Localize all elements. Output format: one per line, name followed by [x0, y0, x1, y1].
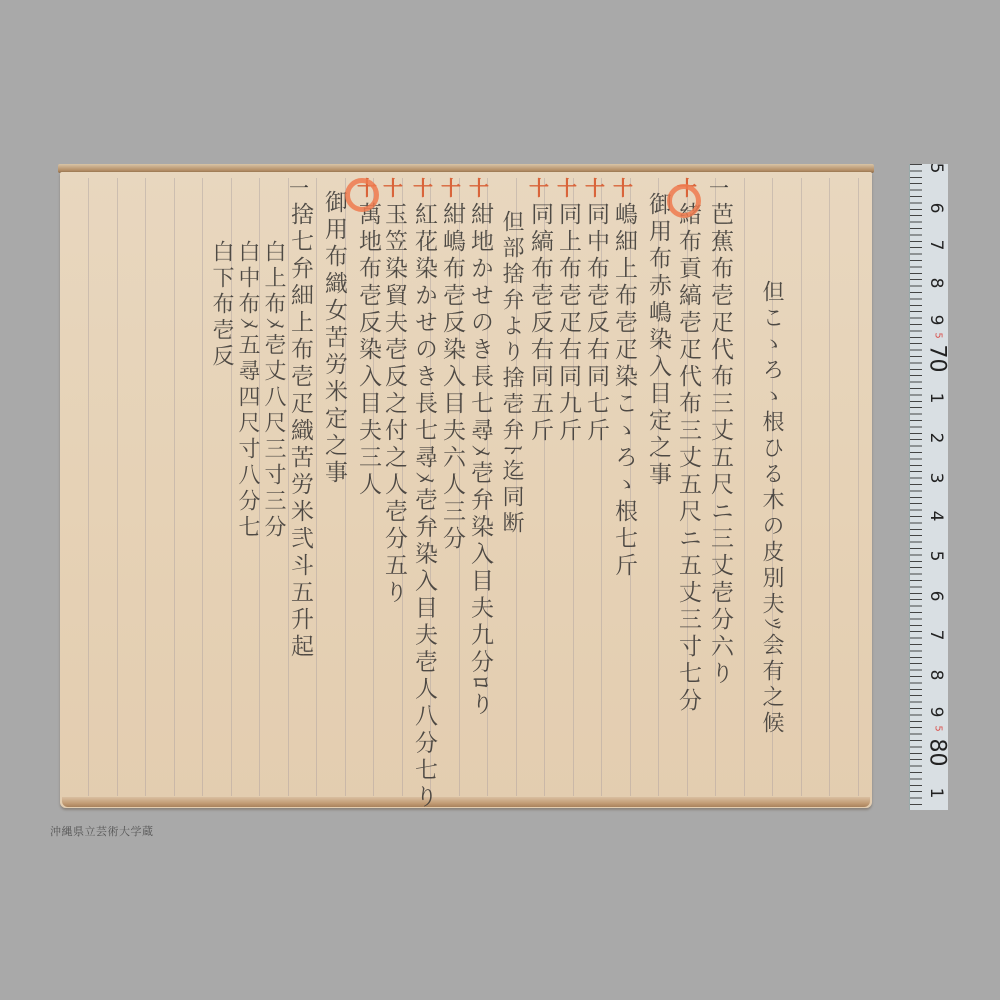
ruled-line — [174, 178, 175, 796]
red-tick-mark: 十 — [413, 178, 433, 198]
red-tick-mark: 十 — [383, 178, 403, 198]
red-circle-mark — [667, 184, 701, 218]
text-column: 御用布赤嶋染入目定之事 — [646, 192, 669, 489]
text-column: 捨七弁細上布壱疋織苦労米弐斗五升起 — [288, 202, 311, 661]
text-column: 嶋細上布壱疋染こゝろゝ根七斤 — [612, 202, 635, 580]
text-column: 但こゝろゝ根ひる木の皮別夫ﾂ会有之候 — [760, 280, 782, 737]
ruled-line — [202, 178, 203, 796]
text-column: 紺嶋布壱反染入目夫六人三分 — [440, 202, 463, 553]
ruled-line — [117, 178, 118, 796]
text-column: 但部捨弁より捨壱弁ﾄ迄同断 — [500, 210, 522, 537]
text-column: 紅花染かせのき長七尋ﾒ壱弁染入目夫壱人八分七り — [412, 202, 435, 812]
ruled-line — [858, 178, 859, 796]
ruler-label: 4 — [926, 506, 946, 526]
ruler-label: 5 — [926, 164, 946, 178]
ruler-label: 6 — [926, 198, 946, 218]
ruled-line — [316, 178, 317, 796]
ruler-label: 70 — [925, 342, 949, 376]
collection-caption: 沖縄県立芸術大学蔵 — [50, 823, 154, 839]
text-column: 白下布壱反 — [210, 240, 232, 370]
text-column: 萬地布壱反染入目夫三人 — [356, 202, 379, 499]
ruler-label: 5 — [926, 546, 946, 566]
measuring-ruler: 567895701234567895801 — [909, 164, 948, 810]
ruler-label: 8 — [926, 665, 946, 685]
red-circle-mark — [345, 178, 379, 212]
page-bottom-edge — [62, 797, 870, 807]
ruler-ticks — [910, 164, 922, 810]
ruled-line — [88, 178, 89, 796]
ruled-line — [829, 178, 830, 796]
text-column: 芭蕉布壱疋代布三丈五尺ニ三丈壱分六り — [708, 202, 731, 688]
text-column: 紺地かせのき長七尋ﾒ壱弁染入目夫九分ﾛり — [468, 202, 491, 719]
red-tick-mark: 十 — [469, 178, 489, 198]
red-tick-mark: 十 — [529, 178, 549, 198]
ruled-line — [801, 178, 802, 796]
red-tick-mark: 十 — [585, 178, 605, 198]
ruled-line — [744, 178, 745, 796]
ruler-label: 7 — [926, 625, 946, 645]
ruler-label: 2 — [926, 428, 946, 448]
ruler-label: 1 — [926, 783, 946, 803]
text-column: 緒布貢縞壱疋代布三丈五尺ニ五丈三寸七分 — [676, 202, 699, 715]
manuscript-page — [60, 172, 872, 808]
ruler-label: 8 — [926, 273, 946, 293]
ruler-label: 1 — [926, 388, 946, 408]
text-column: 白中布ﾒ五尋四尺寸八分七 — [236, 240, 258, 541]
red-tick-mark: 十 — [441, 178, 461, 198]
red-tick-mark: 十 — [557, 178, 577, 198]
ruler-label: 6 — [926, 586, 946, 606]
ruler-label: 3 — [926, 468, 946, 488]
text-column: 同上布壱疋右同九斤 — [556, 202, 579, 445]
red-tick-mark: 十 — [613, 178, 633, 198]
ruled-line — [145, 178, 146, 796]
text-column: 御用布織女苦労米定之事 — [322, 190, 345, 487]
item-dash-mark: 一 — [289, 178, 309, 198]
item-dash-mark: 一 — [709, 178, 729, 198]
text-column: 白上布ﾒ壱丈八尺三寸三分 — [262, 240, 284, 541]
text-column: 同縞布壱反右同五斤 — [528, 202, 551, 445]
ruler-label: 7 — [926, 235, 946, 255]
text-column: 玉笠染貿夫壱反之付之人壱分五り — [382, 202, 405, 607]
text-column: 同中布壱反右同七斤 — [584, 202, 607, 445]
ruler-label: 80 — [925, 736, 949, 770]
